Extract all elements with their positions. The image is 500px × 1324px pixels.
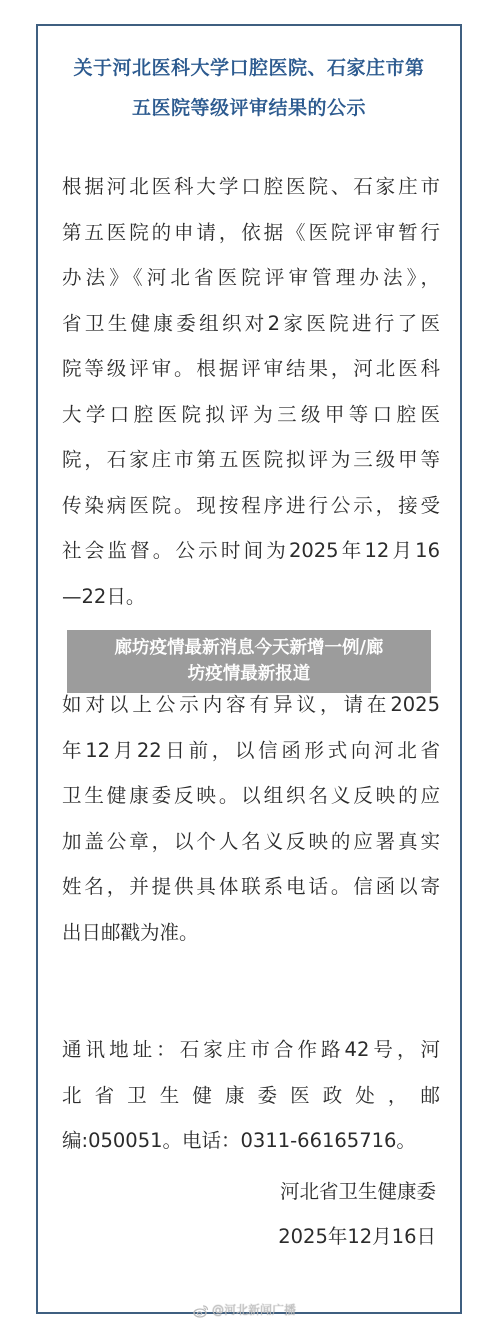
text-line: 姓名，并提供具体联系电话。信函以寄	[62, 864, 440, 910]
text-line: 办法》《河北省医院评审管理办法》，	[62, 255, 440, 301]
text-line: 编:050051。电话：0311-66165716。	[62, 1118, 440, 1164]
title-line-2: 五医院等级评审结果的公示	[38, 88, 460, 128]
banner-line-2: 坊疫情最新报道	[67, 661, 431, 687]
text-line: 大学口腔医院拟评为三级甲等口腔医	[62, 392, 440, 438]
issuer-name: 河北省卫生健康委	[278, 1169, 436, 1214]
text-line: 院等级评审。根据评审结果，河北医科	[62, 346, 440, 392]
text-line: 卫生健康委反映。以组织名义反映的应	[62, 773, 440, 819]
paragraph-objection-instructions: 如对以上公示内容有异议，请在2025 年12月22日前，以信函形式向河北省 卫生…	[62, 682, 440, 955]
watermark-text: @河北新闻广播	[212, 1299, 296, 1321]
paragraph-announcement: 根据河北医科大学口腔医院、石家庄市 第五医院的申请，依据《医院评审暂行 办法》《…	[62, 164, 440, 619]
issue-date: 2025年12月16日	[278, 1214, 436, 1259]
text-line: 通讯地址：石家庄市合作路42号，河	[62, 1027, 440, 1073]
signature-block: 河北省卫生健康委 2025年12月16日	[278, 1169, 436, 1259]
text-line: 加盖公章，以个人名义反映的应署真实	[62, 819, 440, 865]
source-watermark: @河北新闻广播	[193, 1299, 296, 1321]
weibo-icon	[193, 1303, 209, 1317]
text-line: —22日。	[62, 574, 440, 620]
text-line: 北省卫生健康委医政处，邮	[62, 1073, 440, 1119]
text-line: 第五医院的申请，依据《医院评审暂行	[62, 210, 440, 256]
text-line: 年12月22日前，以信函形式向河北省	[62, 728, 440, 774]
paragraph-contact-info: 通讯地址：石家庄市合作路42号，河 北省卫生健康委医政处，邮 编:050051。…	[62, 1027, 440, 1164]
banner-line-1: 廊坊疫情最新消息今天新增一例/廊	[67, 635, 431, 661]
text-line: 根据河北医科大学口腔医院、石家庄市	[62, 164, 440, 210]
headline-overlay-banner: 廊坊疫情最新消息今天新增一例/廊 坊疫情最新报道	[67, 630, 431, 693]
text-line: 院，石家庄市第五医院拟评为三级甲等	[62, 437, 440, 483]
notice-title: 关于河北医科大学口腔医院、石家庄市第 五医院等级评审结果的公示	[38, 48, 460, 128]
text-line: 出日邮戳为准。	[62, 910, 440, 956]
text-line: 社会监督。公示时间为2025年12月16	[62, 528, 440, 574]
text-line: 省卫生健康委组织对2家医院进行了医	[62, 301, 440, 347]
title-line-1: 关于河北医科大学口腔医院、石家庄市第	[38, 48, 460, 88]
text-line: 传染病医院。现按程序进行公示，接受	[62, 483, 440, 529]
